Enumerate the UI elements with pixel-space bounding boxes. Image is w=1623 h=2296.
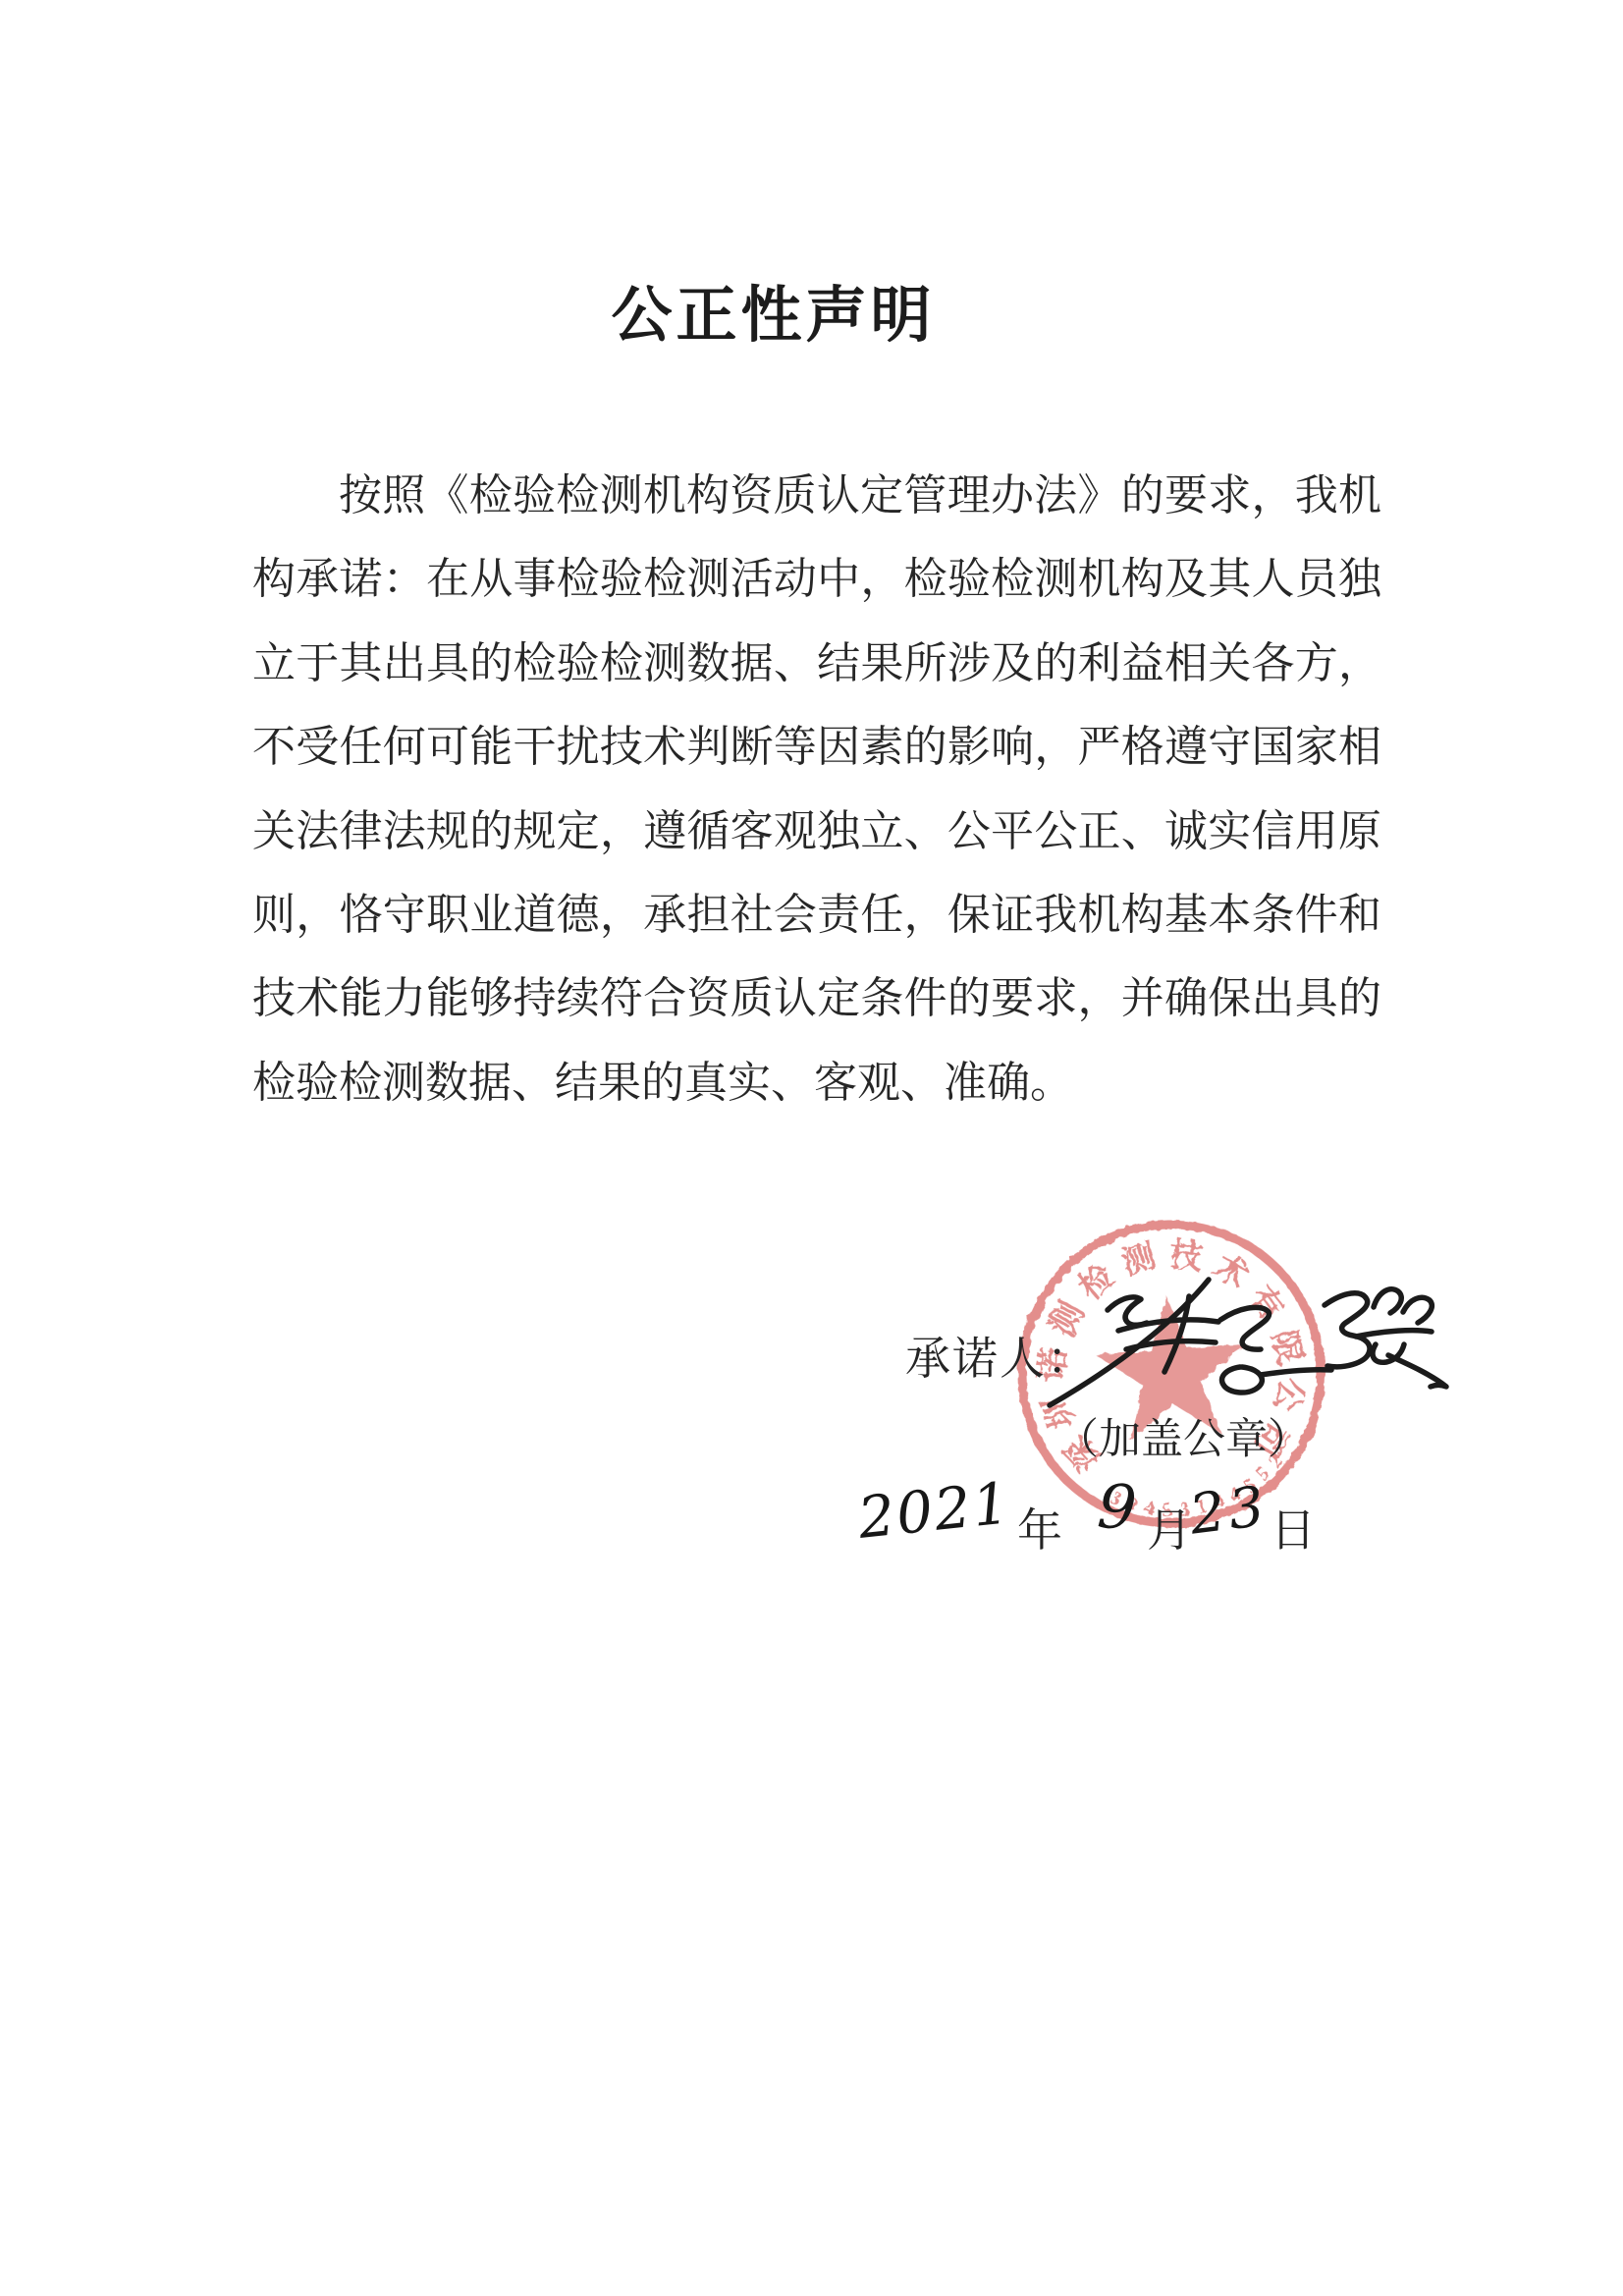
page-title: 公正性声明 bbox=[0, 283, 1546, 350]
seal-note: （加盖公章） bbox=[1056, 1406, 1310, 1466]
date-day: 23 bbox=[1186, 1474, 1271, 1547]
body-line: 技术能力能够持续符合资质认定条件的要求，并确保出具的 bbox=[252, 957, 1381, 1040]
body-line: 检验检测数据、结果的真实、客观、准确。 bbox=[252, 1041, 1381, 1124]
body-line: 不受任何可能干扰技术判断等因素的影响，严格遵守国家相 bbox=[252, 705, 1381, 789]
date-year: 2021 bbox=[855, 1469, 1014, 1552]
statement-body: 按照《检验检测机构资质认定管理办法》的要求，我机 构承诺：在从事检验检测活动中，… bbox=[252, 454, 1381, 1124]
body-line: 构承诺：在从事检验检测活动中，检验检测机构及其人员独 bbox=[252, 537, 1381, 621]
date-day-unit: 日 bbox=[1271, 1495, 1316, 1559]
body-line: 关法律法规的规定，遵循客观独立、公平公正、诚实信用原 bbox=[252, 790, 1381, 873]
body-line: 立于其出具的检验检测数据、结果所涉及的利益相关各方， bbox=[252, 622, 1381, 705]
date-month-unit: 月 bbox=[1147, 1495, 1192, 1559]
date-month: 9 bbox=[1096, 1470, 1139, 1545]
body-line: 按照《检验检测机构资质认定管理办法》的要求，我机 bbox=[252, 454, 1381, 537]
body-line: 则，恪守职业道德，承担社会责任，保证我机构基本条件和 bbox=[252, 873, 1381, 957]
document-page: 公正性声明 按照《检验检测机构资质认定管理办法》的要求，我机 构承诺：在从事检验… bbox=[0, 0, 1623, 2296]
date-year-unit: 年 bbox=[1017, 1495, 1062, 1559]
